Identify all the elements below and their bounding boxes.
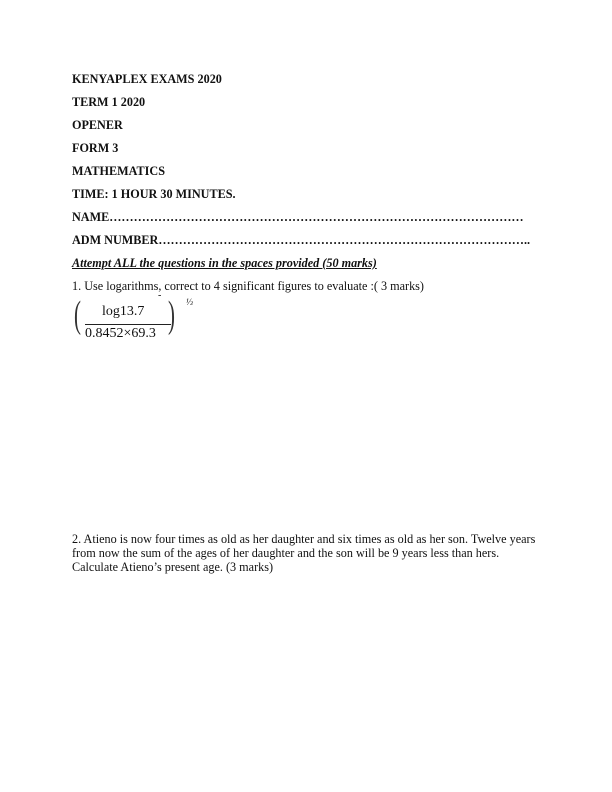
denominator: 0.8452×69.3 bbox=[85, 326, 156, 342]
instructions: Attempt ALL the questions in the spaces … bbox=[72, 256, 377, 271]
bar-mark: - bbox=[158, 290, 161, 301]
right-paren: ) bbox=[168, 293, 175, 337]
term-label: TERM 1 2020 bbox=[72, 95, 145, 110]
fraction-bar bbox=[85, 324, 171, 325]
subject-label: MATHEMATICS bbox=[72, 164, 165, 179]
name-field[interactable]: NAME………………………………………………………………………………………… bbox=[72, 210, 524, 225]
exponent: ⅓ bbox=[186, 297, 193, 307]
log-expression: ( log13.7 - 0.8452×69.3 ) ⅓ bbox=[72, 300, 182, 344]
time-label: TIME: 1 HOUR 30 MINUTES. bbox=[72, 187, 236, 202]
question-1-text: 1. Use logarithms, correct to 4 signific… bbox=[72, 279, 542, 293]
left-paren: ( bbox=[74, 293, 81, 337]
question-2-text: 2. Atieno is now four times as old as he… bbox=[72, 532, 542, 575]
exam-type-label: OPENER bbox=[72, 118, 123, 133]
form-label: FORM 3 bbox=[72, 141, 118, 156]
numerator: log13.7 bbox=[102, 304, 144, 320]
adm-number-field[interactable]: ADM NUMBER………………………………………………………………………………… bbox=[72, 233, 530, 248]
school-title: KENYAPLEX EXAMS 2020 bbox=[72, 72, 222, 87]
